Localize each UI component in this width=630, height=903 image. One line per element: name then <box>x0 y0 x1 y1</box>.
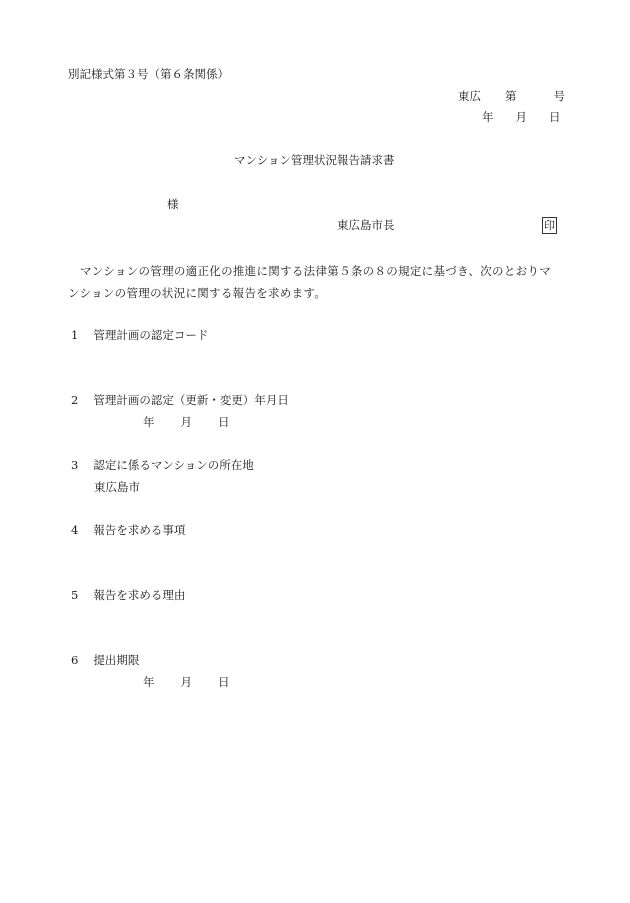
item-1: 1管理計画の認定コード <box>71 328 208 342</box>
item-label: 認定に係るマンションの所在地 <box>93 458 253 472</box>
item-4: 4報告を求める事項 <box>71 523 185 537</box>
year-label: 年 <box>143 415 155 429</box>
month-label: 月 <box>181 415 193 429</box>
issue-date: 年月日 <box>482 110 561 124</box>
item-label: 管理計画の認定（更新・変更）年月日 <box>93 393 289 407</box>
body-line-2: ンションの管理の状況に関する報告を求めます。 <box>68 286 326 300</box>
seal-stamp: 印 <box>542 217 557 234</box>
item-number: 5 <box>71 588 78 602</box>
item-number: 1 <box>71 328 78 342</box>
item-label: 報告を求める理由 <box>93 588 185 602</box>
month-label: 月 <box>516 110 528 124</box>
item-3: 3認定に係るマンションの所在地 <box>71 458 254 472</box>
sender-name: 東広島市長 <box>337 218 395 232</box>
item-3-value: 東広島市 <box>94 480 140 494</box>
day-label: 日 <box>549 110 561 124</box>
year-label: 年 <box>143 675 155 689</box>
body-line-1: マンションの管理の適正化の推進に関する法律第５条の８の規定に基づき、次のとおりマ <box>80 264 551 278</box>
item-6-date: 年月日 <box>143 675 230 689</box>
month-label: 月 <box>181 675 193 689</box>
item-2-date: 年月日 <box>143 415 230 429</box>
doc-dai: 第 <box>505 89 517 103</box>
item-2: 2管理計画の認定（更新・変更）年月日 <box>71 393 289 407</box>
item-number: 4 <box>71 523 78 537</box>
doc-number: 東広第号 <box>458 89 565 103</box>
item-number: 6 <box>71 653 78 667</box>
doc-prefix: 東広 <box>458 89 481 103</box>
item-label: 管理計画の認定コード <box>93 328 208 342</box>
year-label: 年 <box>482 110 494 124</box>
item-number: 2 <box>71 393 78 407</box>
item-5: 5報告を求める理由 <box>71 588 185 602</box>
document-title: マンション管理状況報告請求書 <box>234 153 394 167</box>
item-label: 提出期限 <box>93 653 139 667</box>
item-label: 報告を求める事項 <box>93 523 185 537</box>
item-number: 3 <box>71 458 78 472</box>
item-6: 6提出期限 <box>71 653 139 667</box>
day-label: 日 <box>218 675 230 689</box>
form-label: 別記様式第３号（第６条関係） <box>68 67 229 81</box>
addressee-sama: 様 <box>167 197 179 211</box>
doc-go: 号 <box>554 89 566 103</box>
day-label: 日 <box>218 415 230 429</box>
